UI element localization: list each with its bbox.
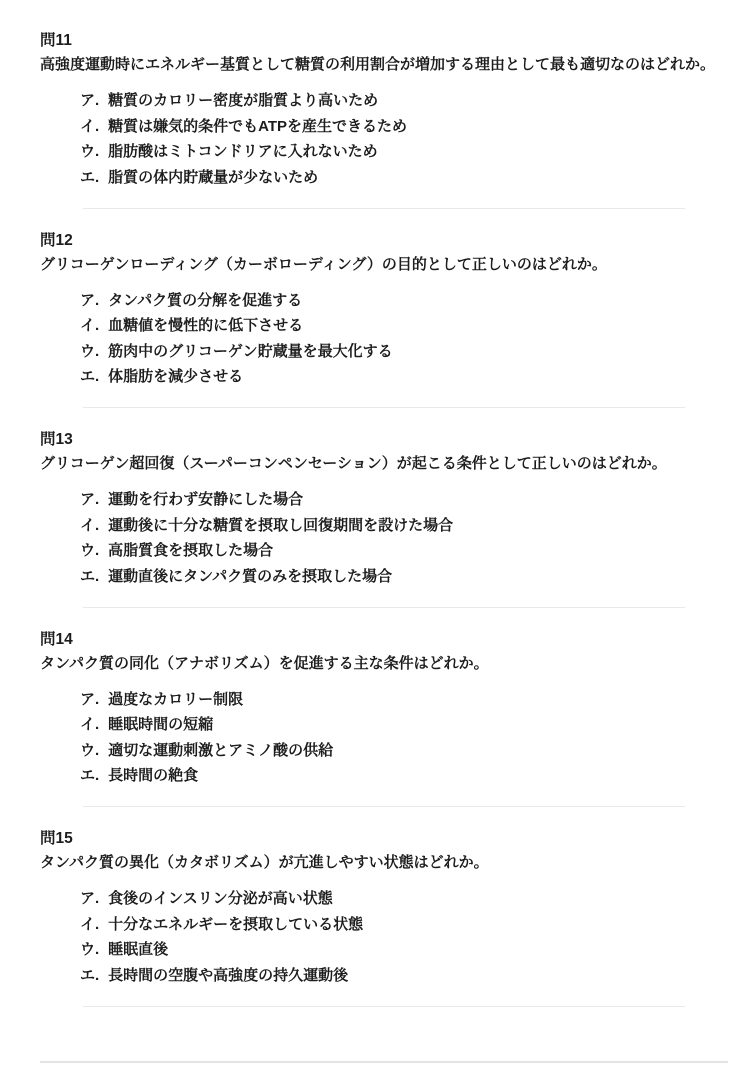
option-marker: エ. <box>80 768 99 784</box>
option-marker: イ. <box>80 717 99 733</box>
option-item: ア.タンパク質の分解を促進する <box>80 293 740 309</box>
option-item: ア.過度なカロリー制限 <box>80 692 740 708</box>
option-text: 睡眠直後 <box>108 942 168 958</box>
question-text: タンパク質の異化（カタボリズム）が亢進しやすい状態はどれか。 <box>40 851 740 875</box>
option-item: ウ.高脂質食を摂取した場合 <box>80 543 740 559</box>
question-text: グリコーゲン超回復（スーパーコンペンセーション）が起こる条件として正しいのはどれ… <box>40 452 740 476</box>
option-marker: ア. <box>80 692 99 708</box>
option-text: 長時間の空腹や高強度の持久運動後 <box>108 968 348 984</box>
option-text: 血糖値を慢性的に低下させる <box>108 318 303 334</box>
question-block-11: 問11 高強度運動時にエネルギー基質として糖質の利用割合が増加する理由として最も… <box>40 29 740 186</box>
option-marker: ウ. <box>80 344 99 360</box>
section-divider <box>83 607 685 608</box>
option-marker: ア. <box>80 293 99 309</box>
option-item: エ.体脂肪を減少させる <box>80 369 740 385</box>
option-text: 長時間の絶食 <box>108 768 198 784</box>
option-text: タンパク質の分解を促進する <box>108 293 302 309</box>
option-item: イ.睡眠時間の短縮 <box>80 717 740 733</box>
section-divider <box>83 1006 685 1007</box>
option-marker: ウ. <box>80 942 99 958</box>
option-text: 高脂質食を摂取した場合 <box>108 543 273 559</box>
options-list: ア.タンパク質の分解を促進する イ.血糖値を慢性的に低下させる ウ.筋肉中のグリ… <box>40 293 740 386</box>
option-item: ア.食後のインスリン分泌が高い状態 <box>80 891 740 907</box>
option-item: ア.糖質のカロリー密度が脂質より高いため <box>80 93 740 109</box>
question-number: 問14 <box>40 628 740 652</box>
option-text: 食後のインスリン分泌が高い状態 <box>108 891 333 907</box>
question-number: 問12 <box>40 229 740 253</box>
question-number: 問15 <box>40 827 740 851</box>
question-text: グリコーゲンローディング（カーボローディング）の目的として正しいのはどれか。 <box>40 253 740 277</box>
option-item: ウ.適切な運動刺激とアミノ酸の供給 <box>80 743 740 759</box>
option-marker: ア. <box>80 891 99 907</box>
option-marker: ウ. <box>80 144 99 160</box>
option-text: 十分なエネルギーを摂取している状態 <box>108 917 363 933</box>
question-number: 問11 <box>40 29 740 53</box>
option-marker: ア. <box>80 93 99 109</box>
option-marker: イ. <box>80 518 99 534</box>
options-list: ア.過度なカロリー制限 イ.睡眠時間の短縮 ウ.適切な運動刺激とアミノ酸の供給 … <box>40 692 740 785</box>
question-block-15: 問15 タンパク質の異化（カタボリズム）が亢進しやすい状態はどれか。 ア.食後の… <box>40 827 740 984</box>
option-item: エ.脂質の体内貯蔵量が少ないため <box>80 170 740 186</box>
section-divider <box>83 208 685 209</box>
question-number: 問13 <box>40 428 740 452</box>
question-text: 高強度運動時にエネルギー基質として糖質の利用割合が増加する理由として最も適切なの… <box>40 53 740 77</box>
option-text: 運動後に十分な糖質を摂取し回復期間を設けた場合 <box>108 518 453 534</box>
option-item: イ.十分なエネルギーを摂取している状態 <box>80 917 740 933</box>
option-item: ウ.睡眠直後 <box>80 942 740 958</box>
options-list: ア.食後のインスリン分泌が高い状態 イ.十分なエネルギーを摂取している状態 ウ.… <box>40 891 740 984</box>
option-text: 糖質は嫌気的条件でもATPを産生できるため <box>108 119 407 135</box>
option-text: 適切な運動刺激とアミノ酸の供給 <box>108 743 333 759</box>
option-item: ウ.脂肪酸はミトコンドリアに入れないため <box>80 144 740 160</box>
option-marker: イ. <box>80 917 99 933</box>
option-item: イ.糖質は嫌気的条件でもATPを産生できるため <box>80 119 740 135</box>
option-marker: エ. <box>80 968 99 984</box>
section-divider <box>83 407 685 408</box>
document-page: 問11 高強度運動時にエネルギー基質として糖質の利用割合が増加する理由として最も… <box>0 0 752 1063</box>
question-text: タンパク質の同化（アナボリズム）を促進する主な条件はどれか。 <box>40 652 740 676</box>
section-divider <box>83 806 685 807</box>
option-text: 糖質のカロリー密度が脂質より高いため <box>108 93 378 109</box>
option-text: 運動を行わず安静にした場合 <box>108 492 303 508</box>
option-text: 筋肉中のグリコーゲン貯蔵量を最大化する <box>108 344 392 360</box>
question-block-13: 問13 グリコーゲン超回復（スーパーコンペンセーション）が起こる条件として正しい… <box>40 428 740 585</box>
option-marker: イ. <box>80 318 99 334</box>
options-list: ア.運動を行わず安静にした場合 イ.運動後に十分な糖質を摂取し回復期間を設けた場… <box>40 492 740 585</box>
option-text: 脂質の体内貯蔵量が少ないため <box>108 170 318 186</box>
option-item: イ.血糖値を慢性的に低下させる <box>80 318 740 334</box>
option-marker: イ. <box>80 119 99 135</box>
option-item: イ.運動後に十分な糖質を摂取し回復期間を設けた場合 <box>80 518 740 534</box>
option-text: 脂肪酸はミトコンドリアに入れないため <box>108 144 377 160</box>
option-marker: ウ. <box>80 743 99 759</box>
option-item: ウ.筋肉中のグリコーゲン貯蔵量を最大化する <box>80 344 740 360</box>
option-marker: エ. <box>80 369 99 385</box>
option-item: エ.運動直後にタンパク質のみを摂取した場合 <box>80 569 740 585</box>
option-marker: エ. <box>80 170 99 186</box>
options-list: ア.糖質のカロリー密度が脂質より高いため イ.糖質は嫌気的条件でもATPを産生で… <box>40 93 740 186</box>
option-marker: ウ. <box>80 543 99 559</box>
option-marker: エ. <box>80 569 99 585</box>
page-bottom-divider <box>40 1061 728 1063</box>
question-block-12: 問12 グリコーゲンローディング（カーボローディング）の目的として正しいのはどれ… <box>40 229 740 386</box>
option-text: 睡眠時間の短縮 <box>108 717 213 733</box>
option-text: 運動直後にタンパク質のみを摂取した場合 <box>108 569 392 585</box>
option-text: 過度なカロリー制限 <box>108 692 243 708</box>
option-marker: ア. <box>80 492 99 508</box>
question-block-14: 問14 タンパク質の同化（アナボリズム）を促進する主な条件はどれか。 ア.過度な… <box>40 628 740 785</box>
option-item: エ.長時間の空腹や高強度の持久運動後 <box>80 968 740 984</box>
option-item: エ.長時間の絶食 <box>80 768 740 784</box>
option-item: ア.運動を行わず安静にした場合 <box>80 492 740 508</box>
option-text: 体脂肪を減少させる <box>108 369 243 385</box>
